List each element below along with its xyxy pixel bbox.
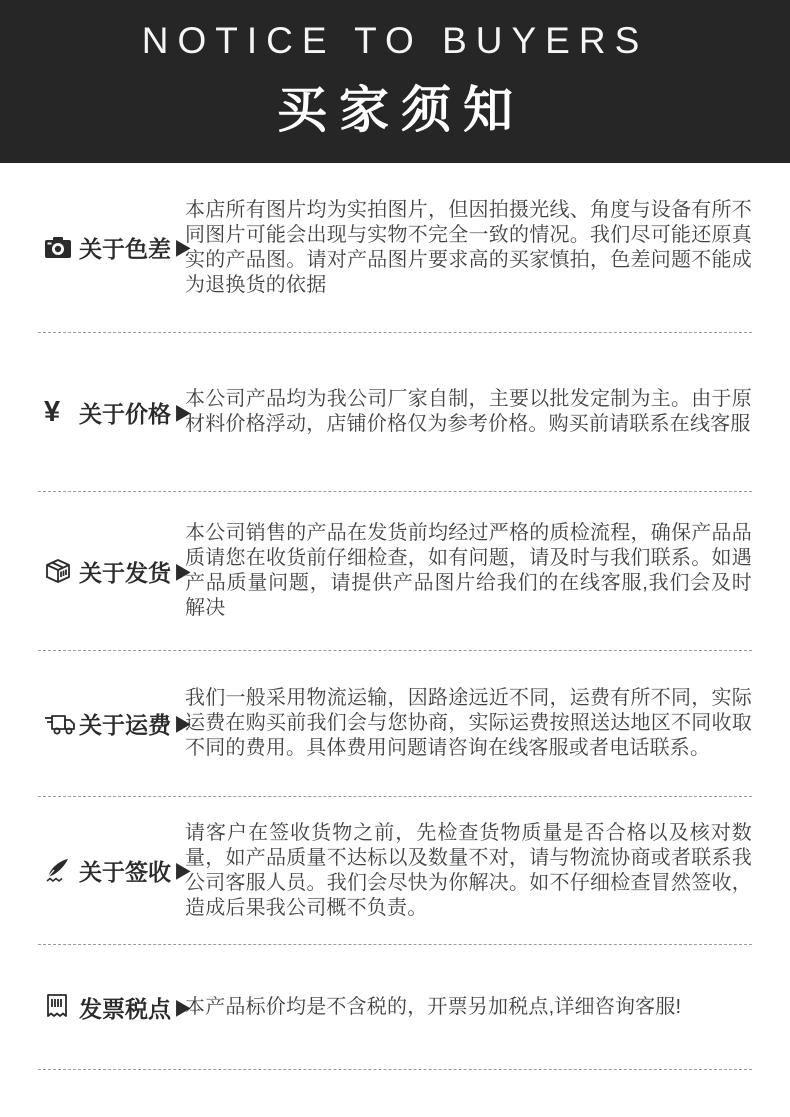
section-text: 本产品标价均是不含税的，开票另加税点,详细咨询客服! xyxy=(185,995,752,1020)
yuan-icon: ¥ xyxy=(44,397,76,427)
page-header: NOTICE TO BUYERS 买家须知 xyxy=(0,0,790,163)
arrow-right-icon: ▶ xyxy=(176,237,191,259)
section-label: 关于签收 xyxy=(79,854,171,887)
notice-to-buyers-page: NOTICE TO BUYERS 买家须知 关于色差 ▶ 本店所有图片均为 xyxy=(0,0,790,1117)
section-sign-off: 关于签收 ▶ 请客户在签收货物之前，先检查货物质量是否合格以及核对数量，如产品质… xyxy=(38,797,752,945)
arrow-right-icon: ▶ xyxy=(176,996,191,1018)
notice-sections: 关于色差 ▶ 本店所有图片均为实拍图片，但因拍摄光线、角度与设备有所不同图片可能… xyxy=(0,163,790,1070)
arrow-right-icon: ▶ xyxy=(176,860,191,882)
page-title: 买家须知 xyxy=(265,70,525,142)
section-head-price: ¥ 关于价格 ▶ xyxy=(38,396,185,429)
section-head-sign-off: 关于签收 ▶ xyxy=(38,854,185,887)
section-label: 关于色差 xyxy=(79,231,171,264)
header-title-en: NOTICE TO BUYERS xyxy=(142,21,649,62)
section-head-invoice-tax: 发票税点 ▶ xyxy=(38,991,185,1024)
section-head-freight: 关于运费 ▶ xyxy=(38,707,185,740)
arrow-right-icon: ▶ xyxy=(176,560,191,582)
section-label: 关于发货 xyxy=(79,555,171,588)
receipt-icon xyxy=(44,992,76,1022)
section-label: 关于价格 xyxy=(79,396,171,429)
pen-icon xyxy=(44,856,76,886)
section-freight: 关于运费 ▶ 我们一般采用物流运输，因路途远近不同，运费有所不同，实际运费在购买… xyxy=(38,651,752,797)
section-text: 本公司销售的产品在发货前均经过严格的质检流程，确保产品品质请您在收货前仔细检查，… xyxy=(185,521,752,621)
camera-icon xyxy=(44,233,76,263)
section-invoice-tax: 发票税点 ▶ 本产品标价均是不含税的，开票另加税点,详细咨询客服! xyxy=(38,945,752,1070)
section-shipping: 关于发货 ▶ 本公司销售的产品在发货前均经过严格的质检流程，确保产品品质请您在收… xyxy=(38,492,752,651)
section-text: 本店所有图片均为实拍图片，但因拍摄光线、角度与设备有所不同图片可能会出现与实物不… xyxy=(185,198,752,298)
section-label: 发票税点 xyxy=(79,991,171,1024)
package-icon xyxy=(44,556,76,586)
section-text: 本公司产品均为我公司厂家自制，主要以批发定制为主。由于原材料价格浮动，店铺价格仅… xyxy=(185,387,752,437)
section-price: ¥ 关于价格 ▶ 本公司产品均为我公司厂家自制，主要以批发定制为主。由于原材料价… xyxy=(38,333,752,492)
section-head-color-difference: 关于色差 ▶ xyxy=(38,231,185,264)
section-text: 我们一般采用物流运输，因路途远近不同，运费有所不同，实际运费在购买前我们会与您协… xyxy=(185,686,752,761)
section-label: 关于运费 xyxy=(79,707,171,740)
section-text: 请客户在签收货物之前，先检查货物质量是否合格以及核对数量，如产品质量不达标以及数… xyxy=(185,821,752,921)
truck-icon xyxy=(44,709,76,739)
arrow-right-icon: ▶ xyxy=(176,713,191,735)
arrow-right-icon: ▶ xyxy=(176,401,191,423)
section-head-shipping: 关于发货 ▶ xyxy=(38,555,185,588)
section-color-difference: 关于色差 ▶ 本店所有图片均为实拍图片，但因拍摄光线、角度与设备有所不同图片可能… xyxy=(38,163,752,333)
